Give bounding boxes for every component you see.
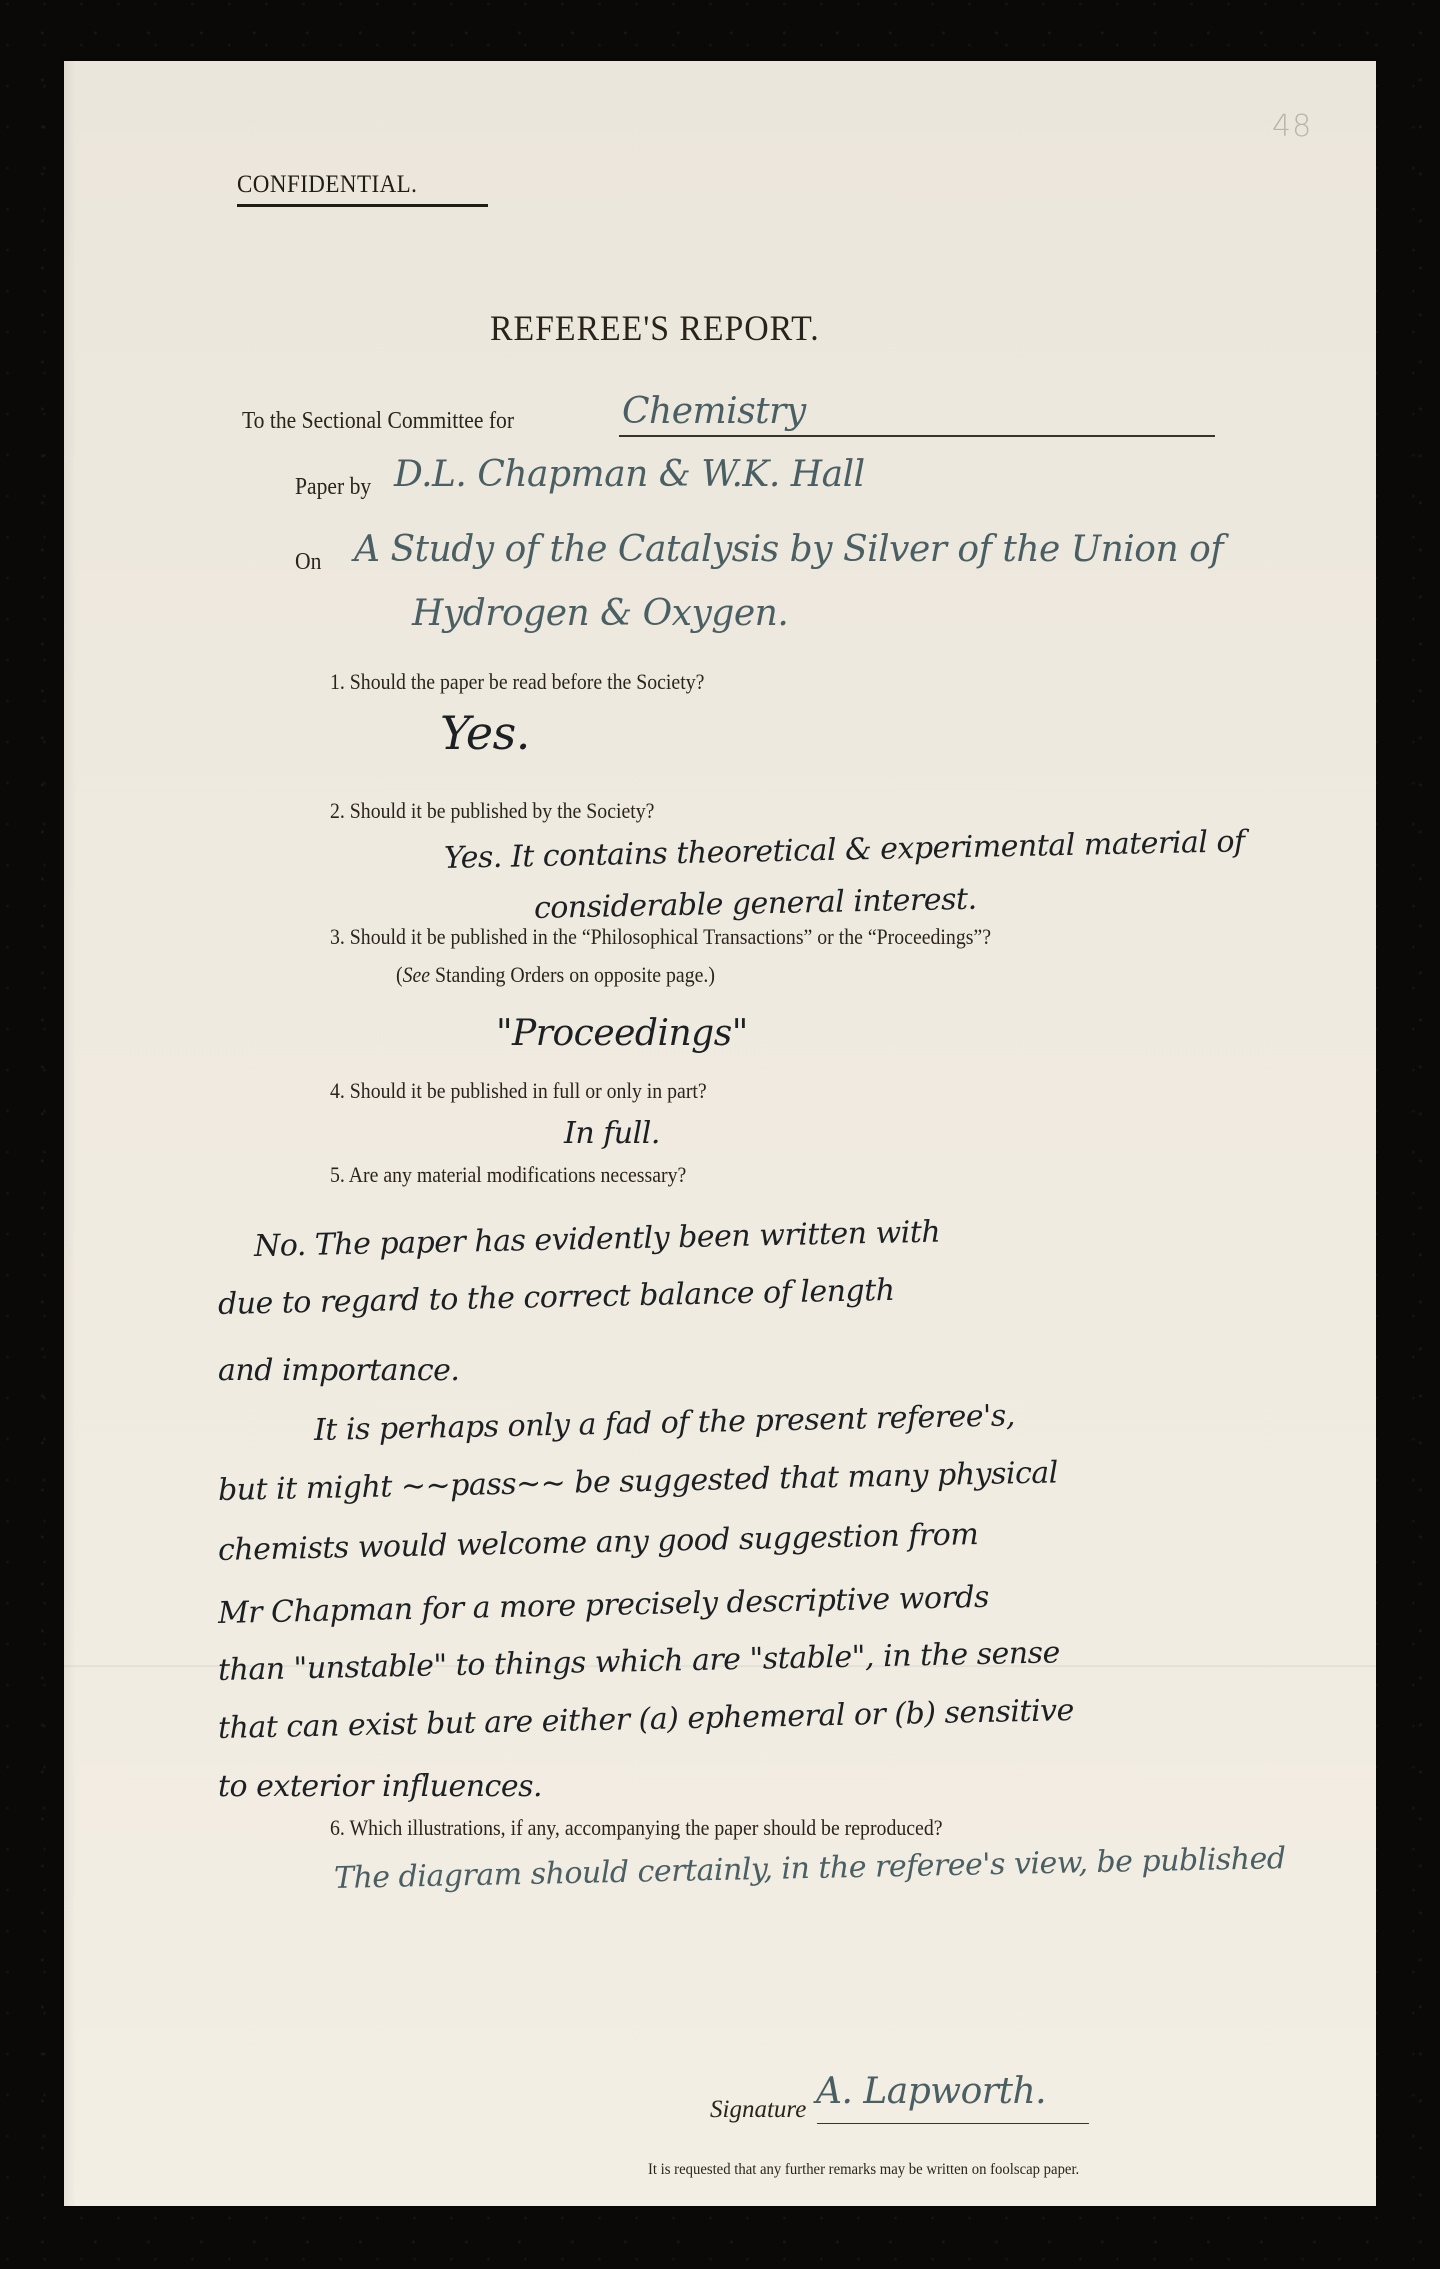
signature-value: A. Lapworth.	[816, 2071, 1046, 2112]
question-4: 4. Should it be published in full or onl…	[330, 1078, 707, 1104]
question-3-note: (See Standing Orders on opposite page.)	[396, 962, 715, 988]
confidential-label: CONFIDENTIAL.	[237, 171, 417, 199]
answer-2-line-2: considerable general interest.	[534, 882, 977, 926]
confidential-underline	[237, 204, 488, 207]
question-5: 5. Are any material modifications necess…	[330, 1162, 686, 1188]
question-4-text: Should it be published in full or only i…	[350, 1078, 707, 1103]
answer-6: The diagram should certainly, in the ref…	[334, 1841, 1286, 1896]
answer-5-line-2: due to regard to the correct balance of …	[218, 1273, 895, 1322]
question-5-text: Are any material modifications necessary…	[349, 1162, 687, 1187]
answer-5-line-8: than "unstable" to things which are "sta…	[218, 1635, 1060, 1688]
committee-label: To the Sectional Committee for	[242, 408, 514, 435]
signature-line	[817, 2123, 1089, 2124]
question-1: 1. Should the paper be read before the S…	[330, 669, 704, 695]
question-6-text: Which illustrations, if any, accompanyin…	[349, 1815, 942, 1840]
paper-title-line-1: A Study of the Catalysis by Silver of th…	[354, 529, 1223, 570]
answer-4: In full.	[564, 1116, 660, 1151]
page-title: REFEREE'S REPORT.	[490, 307, 820, 349]
question-1-number: 1.	[330, 669, 345, 694]
question-3-text: Should it be published in the “Philosoph…	[350, 924, 991, 949]
footnote: It is requested that any further remarks…	[648, 2161, 1079, 2179]
answer-5-line-6: chemists would welcome any good suggesti…	[218, 1517, 979, 1568]
signature-label: Signature	[710, 2096, 806, 2124]
committee-value: Chemistry	[622, 391, 806, 432]
question-3: 3. Should it be published in the “Philos…	[330, 924, 991, 950]
note-see-italic: See	[403, 962, 430, 987]
answer-3: "Proceedings"	[496, 1013, 748, 1054]
question-2-text: Should it be published by the Society?	[350, 798, 655, 823]
question-5-number: 5.	[330, 1162, 345, 1187]
question-2-number: 2.	[330, 798, 345, 823]
paper-title-line-2: Hydrogen & Oxygen.	[412, 593, 788, 634]
note-rest: Standing Orders on opposite page.)	[430, 962, 715, 987]
paper-edge-shadow	[64, 61, 76, 2206]
answer-5-line-7: Mr Chapman for a more precisely descript…	[218, 1580, 990, 1631]
answer-5-line-1: No. The paper has evidently been written…	[254, 1215, 941, 1264]
question-2: 2. Should it be published by the Society…	[330, 798, 654, 824]
answer-5-line-5: but it might ~~pass~~ be suggested that …	[218, 1455, 1059, 1508]
answer-1: Yes.	[440, 706, 530, 760]
question-3-number: 3.	[330, 924, 345, 949]
answer-5-line-10: to exterior influences.	[218, 1769, 542, 1804]
question-6-number: 6.	[330, 1815, 345, 1840]
answer-5-line-3: and importance.	[218, 1353, 459, 1388]
answer-5-line-4: It is perhaps only a fad of the present …	[314, 1398, 1016, 1448]
paper-by-label: Paper by	[295, 474, 371, 501]
question-6: 6. Which illustrations, if any, accompan…	[330, 1815, 943, 1841]
paper-by-value: D.L. Chapman & W.K. Hall	[394, 454, 865, 495]
answer-5-line-9: that can exist but are either (a) epheme…	[218, 1693, 1075, 1746]
committee-underline	[619, 435, 1215, 437]
question-1-text: Should the paper be read before the Soci…	[350, 669, 705, 694]
referee-report-sheet: 48 CONFIDENTIAL. REFEREE'S REPORT. To th…	[64, 61, 1376, 2206]
question-4-number: 4.	[330, 1078, 345, 1103]
on-label: On	[295, 549, 321, 576]
answer-2-line-1: Yes. It contains theoretical & experimen…	[444, 824, 1245, 876]
folio-number: 48	[1272, 109, 1312, 144]
